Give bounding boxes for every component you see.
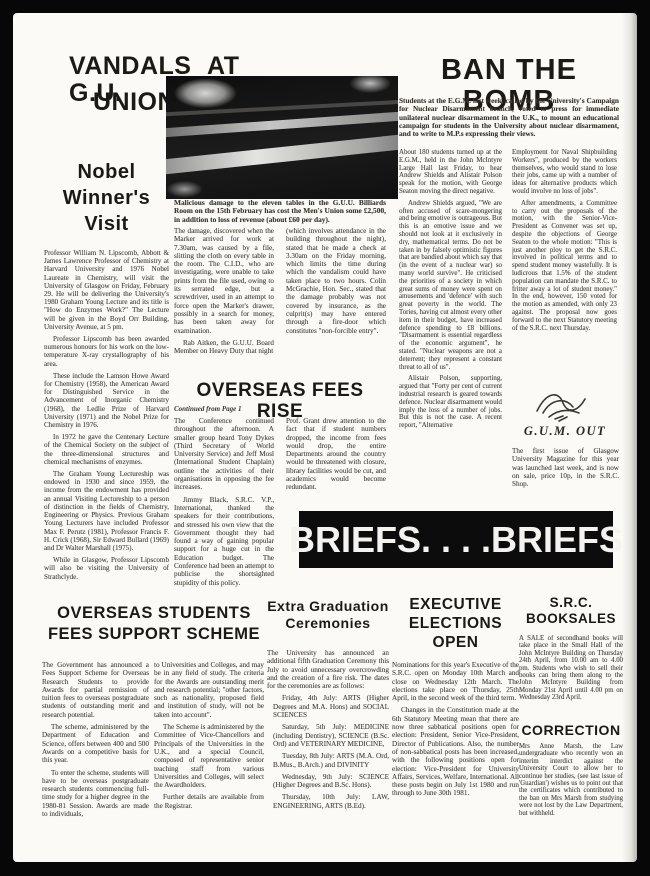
photo-caption-col1: The damage, discovered when the Marker a… (174, 227, 274, 379)
headline-nobel-winners-visit: Nobel Winner's Visit (44, 159, 169, 237)
newspaper-scan: { "colors": {"paper": "#fbfaf6", "ink": … (0, 0, 650, 876)
paragraph: These include the Lamson Howe Award for … (44, 372, 169, 429)
paragraph: Professor Lipscomb has been awarded nume… (44, 335, 169, 368)
overseas-fees-rise-col2: Prof. Grant drew attention to the fact t… (286, 417, 386, 595)
graduation-date: Wednesday, 9th July: SCIENCE (Higher Deg… (267, 773, 389, 790)
scan-edge-shadow (622, 13, 637, 862)
paragraph: About 180 students turned up at the E.G.… (399, 149, 502, 196)
paragraph: The Conference continued throughout the … (174, 417, 274, 492)
paragraph: Jimmy Black, S.R.C. V.P., International,… (174, 496, 274, 587)
paragraph: Further details are available from the R… (154, 793, 264, 810)
ban-the-bomb-intro: Students at the E.G.M. last week, called… (399, 97, 619, 138)
headline-fees-support-scheme: OVERSEAS STUDENTS FEES SUPPORT SCHEME (44, 603, 264, 645)
newspaper-page: VANDALS AT G.U. UNION Malicious damage t… (13, 13, 637, 862)
headline-overseas-fees-rise: OVERSEAS FEES RISE (174, 381, 386, 422)
paragraph: Rab Aitken, the G.U.U. Board Member on H… (174, 339, 274, 356)
gum-ornament-icon (529, 383, 593, 423)
booksales-body: A SALE of secondhand books will take pla… (519, 635, 623, 721)
elections-body: Nominations for this year's Executive of… (392, 661, 519, 861)
nobel-article-body: Professor William N. Lipscomb, Abbott & … (44, 249, 169, 601)
headline-gum-out: G.U.M. OUT (510, 425, 620, 439)
overseas-fees-rise-col1: The Conference continued throughout the … (174, 417, 274, 595)
gum-out-body: The first issue of Glasgow University Ma… (512, 447, 619, 499)
paragraph: In 1972 he gave the Centenary Lecture of… (44, 433, 169, 466)
correction-body: Mrs Anne Marsh, the Law undergraduate wh… (519, 743, 623, 841)
paragraph: To enter the scheme, students will have … (42, 769, 149, 819)
photo-caption-lead: Malicious damage to the eleven tables in… (174, 199, 386, 224)
fees-support-col1: The Government has announced a Fees Supp… (42, 661, 149, 859)
paragraph: to Universities and Colleges, and may be… (154, 661, 264, 719)
graduation-date: Friday, 4th July: ARTS (Higher Degrees a… (267, 694, 389, 719)
ban-the-bomb-col2: Employment for Naval Shipbuilding Worker… (512, 149, 617, 381)
paragraph: The University has announced an addition… (267, 649, 389, 690)
paragraph: Changes in the Constitution made at the … (392, 706, 519, 797)
paragraph: The scheme, administered by the Departme… (42, 723, 149, 764)
briefs-banner: BRIEFS. . . .BRIEFS (299, 511, 613, 568)
continued-from-page1: Continued from Page 1 (174, 405, 241, 413)
headline-executive-elections: EXECUTIVE ELECTIONS OPEN (392, 595, 519, 652)
paragraph: (which involves attendance in the buildi… (286, 227, 386, 335)
paragraph: Nominations for this year's Executive of… (392, 661, 519, 702)
paragraph: The Scheme is administered by the Commit… (154, 723, 264, 789)
billiards-room-photo (166, 76, 398, 199)
graduation-body: The University has announced an addition… (267, 649, 389, 861)
paragraph: Professor William N. Lipscomb, Abbott & … (44, 249, 169, 331)
paragraph: The Government has announced a Fees Supp… (42, 661, 149, 719)
paragraph: The first issue of Glasgow University Ma… (512, 447, 619, 488)
graduation-date: Tuesday, 8th July: ARTS (M.A. Ord, B.Mus… (267, 752, 389, 769)
paragraph: The Graham Young Lectureship was endowed… (44, 470, 169, 552)
paragraph: A SALE of secondhand books will take pla… (519, 635, 623, 702)
paragraph: Employment for Naval Shipbuilding Worker… (512, 149, 617, 196)
headline-correction: CORRECTION (513, 723, 629, 738)
paragraph: Mrs Anne Marsh, the Law undergraduate wh… (519, 743, 623, 817)
ban-the-bomb-col1: About 180 students turned up at the E.G.… (399, 149, 502, 521)
photo-caption-col2: (which involves attendance in the buildi… (286, 227, 386, 379)
photo-table-cloth (166, 134, 398, 176)
paragraph: Prof. Grant drew attention to the fact t… (286, 417, 386, 492)
headline-extra-graduation: Extra Graduation Ceremonies (267, 598, 389, 632)
paragraph: Alistair Polson, supporting, argued that… (399, 375, 502, 430)
paragraph: Andrew Shields argued, "We are often acc… (399, 200, 502, 372)
paragraph: The damage, discovered when the Marker a… (174, 227, 274, 335)
fees-support-col2: to Universities and Colleges, and may be… (154, 661, 264, 859)
graduation-date: Saturday, 5th July: MEDICINE (including … (267, 723, 389, 748)
paragraph: While in Glasgow, Professor Lipscomb wil… (44, 556, 169, 581)
photo-table-rail (166, 111, 398, 138)
caption-lead-text: Malicious damage to the eleven tables in… (174, 199, 386, 224)
graduation-date: Thursday, 10th July: LAW, ENGINEERING, A… (267, 793, 389, 810)
paragraph: After amendments, a Committee to carry o… (512, 200, 617, 333)
intro-text: Students at the E.G.M. last week, called… (399, 97, 619, 138)
headline-src-booksales: S.R.C. BOOKSALES (519, 595, 623, 627)
